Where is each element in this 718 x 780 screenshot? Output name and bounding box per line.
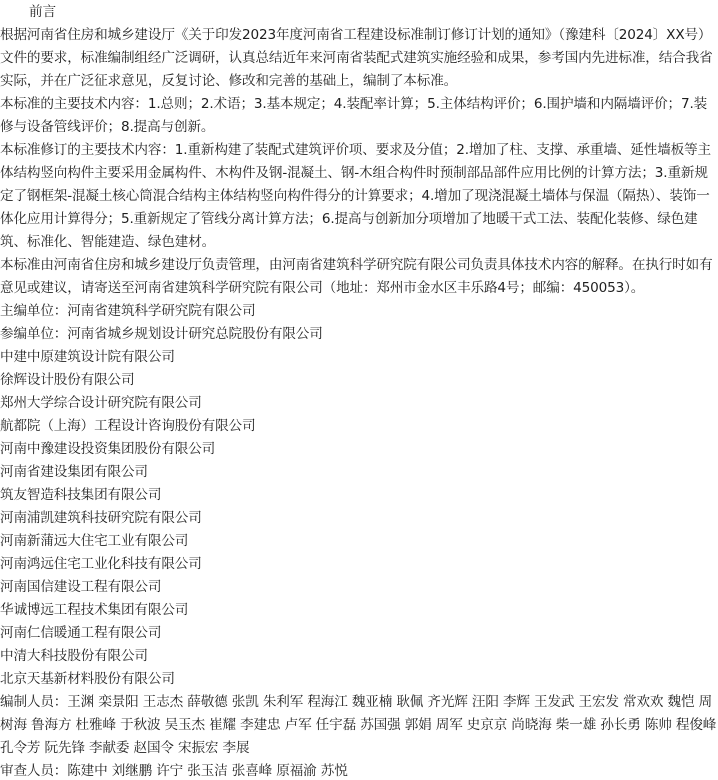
participant-unit: 郑州大学综合设计研究院有限公司 bbox=[0, 392, 718, 415]
participant-unit: 中建中原建筑设计院有限公司 bbox=[0, 346, 718, 369]
participant-unit: 河南中豫建设投资集团股份有限公司 bbox=[0, 438, 718, 461]
participant-unit: 河南新蒲远大住宅工业有限公司 bbox=[0, 530, 718, 553]
participant-unit: 河南省建设集团有限公司 bbox=[0, 461, 718, 484]
participant-unit: 徐辉设计股份有限公司 bbox=[0, 369, 718, 392]
participant-unit: 筑友智造科技集团有限公司 bbox=[0, 484, 718, 507]
paragraph-basis: 根据河南省住房和城乡建设厅《关于印发2023年度河南省工程建设标准制订修订计划的… bbox=[0, 24, 718, 93]
document-body: 前言 根据河南省住房和城乡建设厅《关于印发2023年度河南省工程建设标准制订修订… bbox=[0, 0, 718, 780]
paragraph-management: 本标准由河南省住房和城乡建设厅负责管理，由河南省建筑科学研究院有限公司负责具体技… bbox=[0, 254, 718, 300]
participant-unit: 航都院（上海）工程设计咨询股份有限公司 bbox=[0, 415, 718, 438]
participant-unit-first: 参编单位：河南省城乡规划设计研究总院股份有限公司 bbox=[0, 323, 718, 346]
preface-heading: 前言 bbox=[0, 1, 718, 24]
participant-unit: 北京天基新材料股份有限公司 bbox=[0, 668, 718, 691]
participant-unit: 河南国信建设工程有限公司 bbox=[0, 576, 718, 599]
chief-editor-unit: 主编单位：河南省建筑科学研究院有限公司 bbox=[0, 300, 718, 323]
participant-unit: 河南浦凯建筑科技研究院有限公司 bbox=[0, 507, 718, 530]
participant-unit: 河南鸿远住宅工业化科技有限公司 bbox=[0, 553, 718, 576]
paragraph-main-content: 本标准的主要技术内容：1.总则；2.术语；3.基本规定；4.装配率计算；5.主体… bbox=[0, 93, 718, 139]
participant-unit: 华诚博远工程技术集团有限公司 bbox=[0, 599, 718, 622]
participant-unit: 河南仁信暖通工程有限公司 bbox=[0, 622, 718, 645]
participant-unit: 中清大科技股份有限公司 bbox=[0, 645, 718, 668]
paragraph-revision-content: 本标准修订的主要技术内容：1.重新构建了装配式建筑评价项、要求及分值；2.增加了… bbox=[0, 139, 718, 254]
reviewers-list: 审查人员：陈建中 刘继鹏 许宁 张玉洁 张喜峰 原福渝 苏悦 bbox=[0, 760, 718, 780]
drafters-list: 编制人员：王渊 栾景阳 王志杰 薛敬德 张凯 朱利军 程海江 魏亚楠 耿佩 齐光… bbox=[0, 691, 718, 760]
